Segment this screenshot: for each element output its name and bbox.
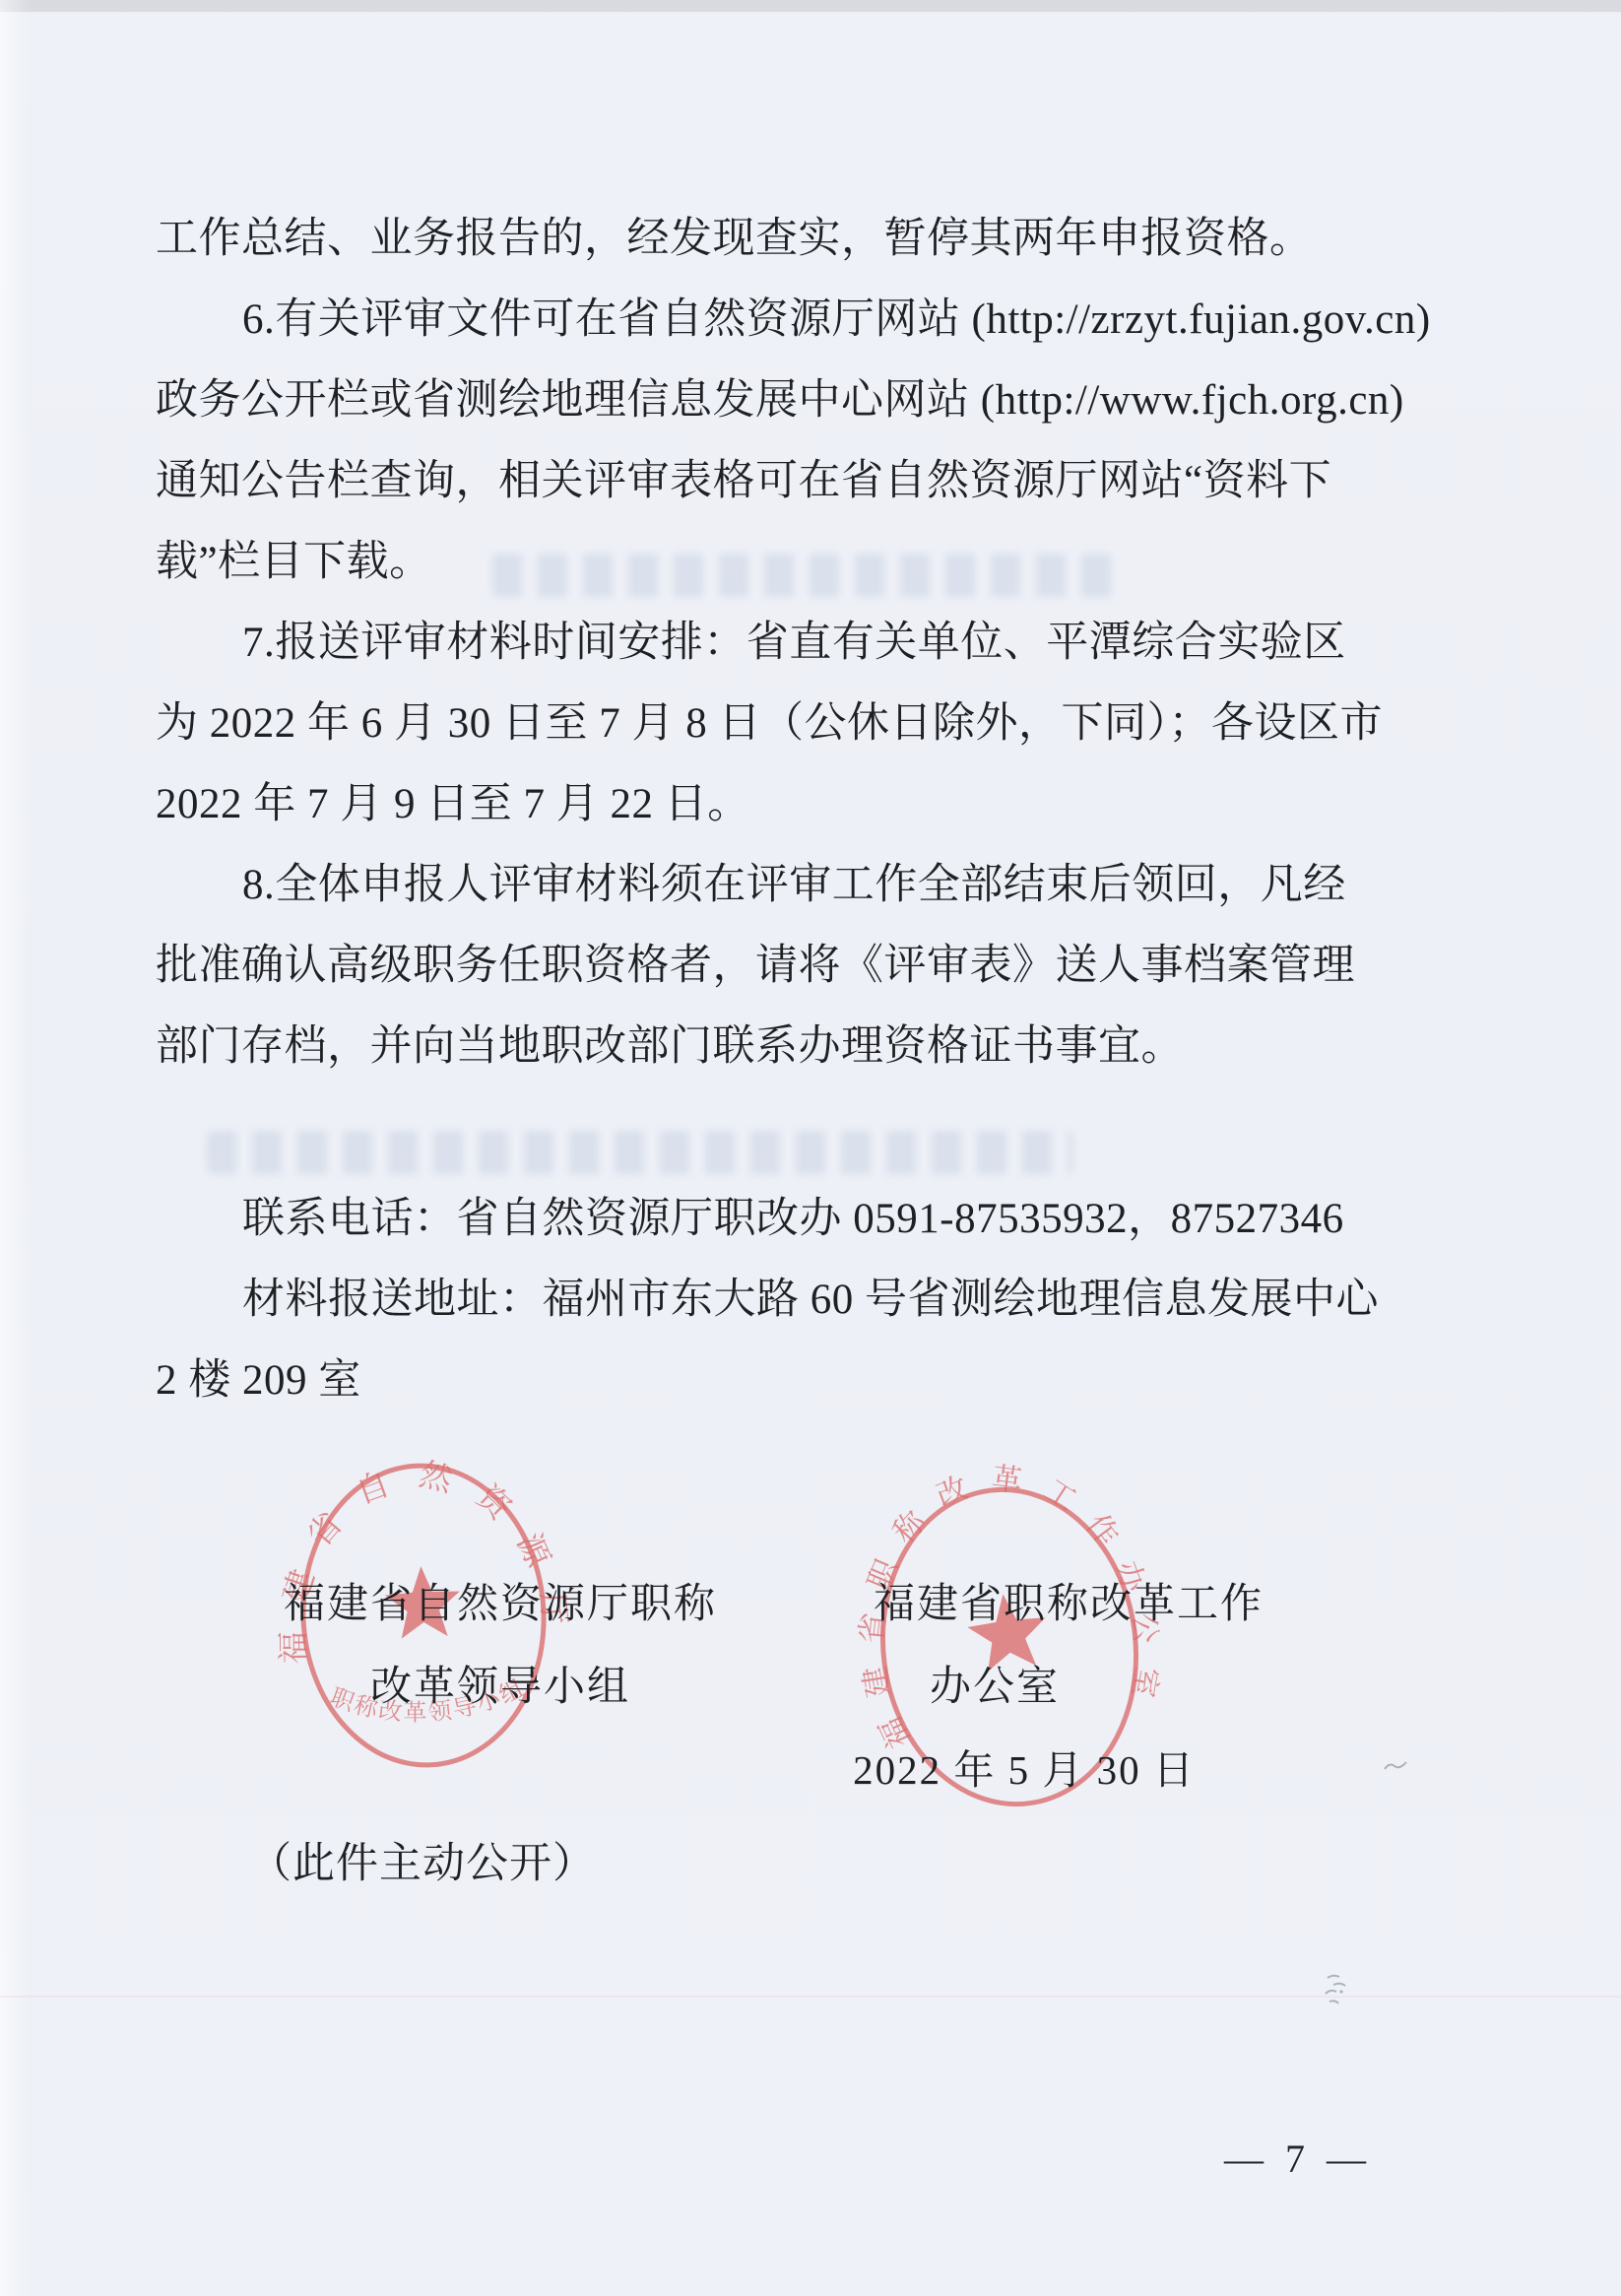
text-line: 材料报送地址：福州市东大路 60 号省测绘地理信息发展中心 (156, 1260, 1495, 1341)
text-line: 2 楼 209 室 (156, 1341, 1495, 1421)
text-line: 工作总结、业务报告的，经发现查实，暂停其两年申报资格。 (156, 199, 1495, 280)
scan-left-edge (0, 0, 30, 2296)
text-line: 7.报送评审材料时间安排：省直有关单位、平潭综合实验区 (156, 603, 1495, 684)
signature-line: 福建省职称改革工作 (867, 1563, 1270, 1646)
signature-line: 福建省自然资源厅职称 (279, 1563, 722, 1646)
text-line: 载”栏目下载。 (156, 522, 1495, 603)
signature-date: 2022 年 5 月 30 日 (822, 1729, 1226, 1811)
text-line: 为 2022 年 6 月 30 日至 7 月 8 日（公休日除外，下同）；各设区… (156, 684, 1495, 764)
document-page: 工作总结、业务报告的，经发现查实，暂停其两年申报资格。 6.有关评审文件可在省自… (0, 0, 1621, 2296)
scan-speck (1383, 1759, 1408, 1780)
text-line: 2022 年 7 月 9 日至 7 月 22 日。 (156, 764, 1495, 845)
text-line: 政务公开栏或省测绘地理信息发展中心网站 (http://www.fjch.org… (156, 361, 1495, 441)
text-line: 8.全体申报人评审材料须在评审工作全部结束后领回，凡经 (156, 845, 1495, 926)
text-line: 部门存档，并向当地职改部门联系办理资格证书事宜。 (156, 1007, 1495, 1087)
scan-speck (1320, 1972, 1353, 2016)
disclosure-note: （此件主动公开） (249, 1830, 596, 1890)
signature-line: 改革领导小组 (279, 1646, 722, 1729)
text-line: 通知公告栏查询，相关评审表格可在省自然资源厅网站“资料下 (156, 441, 1495, 522)
text-line: 6.有关评审文件可在省自然资源厅网站 (http://zrzyt.fujian.… (156, 280, 1495, 361)
text-line: 批准确认高级职务任职资格者，请将《评审表》送人事档案管理 (156, 926, 1495, 1007)
document-body: 工作总结、业务报告的，经发现查实，暂停其两年申报资格。 6.有关评审文件可在省自… (156, 199, 1495, 1421)
page-number: — 7 — (1224, 2135, 1372, 2182)
scan-top-edge (0, 0, 1621, 12)
signature-line: 办公室 (793, 1646, 1197, 1729)
scan-streak (0, 1996, 1621, 1998)
text-line: 联系电话：省自然资源厅职改办 0591-87535932，87527346 (156, 1179, 1495, 1260)
signature-right: 福建省职称改革工作 办公室 2022 年 5 月 30 日 (867, 1563, 1270, 1811)
signature-left: 福建省自然资源厅职称 改革领导小组 (279, 1563, 722, 1729)
